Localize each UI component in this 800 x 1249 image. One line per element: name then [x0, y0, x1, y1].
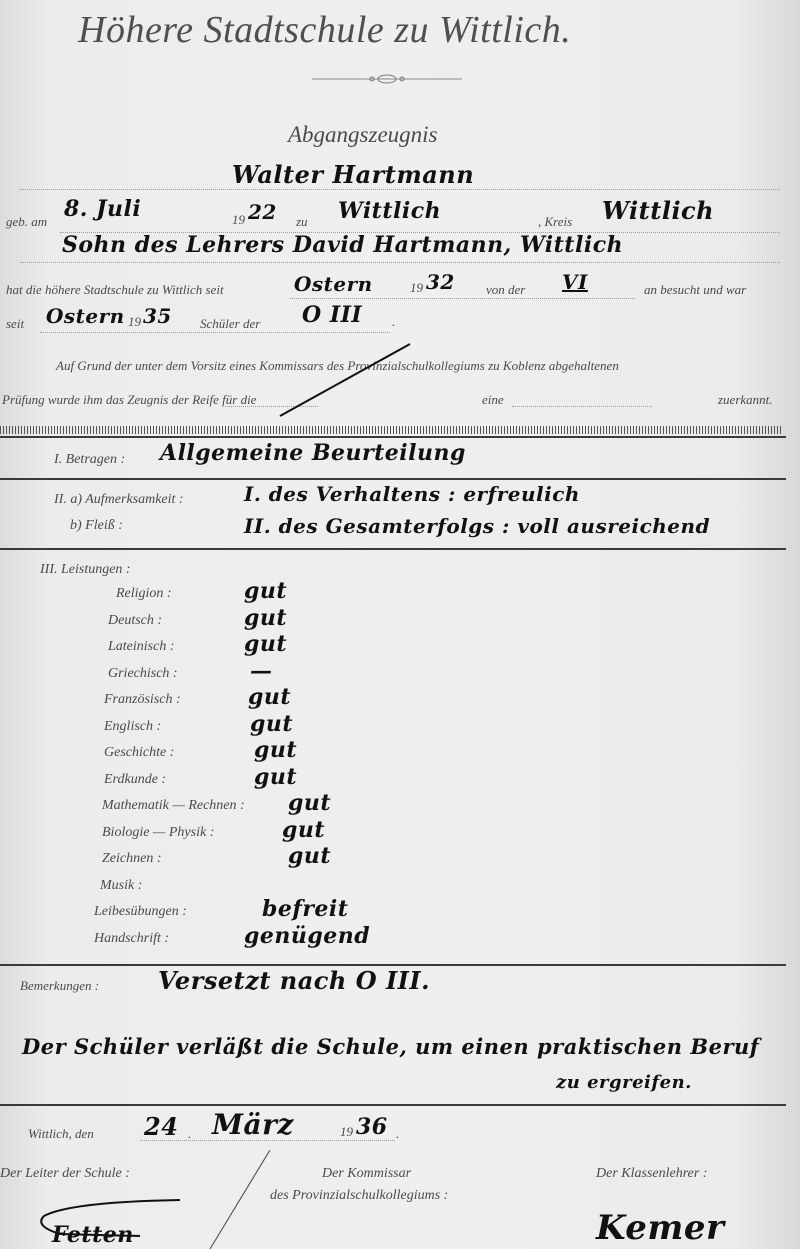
exam-dotline-2 — [512, 406, 652, 407]
commissioner-label-1: Der Kommissar — [322, 1166, 411, 1182]
birth-day-month: 8. Juli — [64, 196, 141, 222]
exam-line2-suffix: zuerkannt. — [718, 392, 773, 408]
performance-heading: III. Leistungen : — [40, 562, 131, 578]
subject-grade: gut — [288, 843, 331, 869]
birth-place-prefix: zu — [296, 214, 308, 230]
director-signature: Fetten — [52, 1222, 134, 1248]
subject-grade: gut — [244, 605, 287, 631]
district: Wittlich — [602, 196, 714, 225]
birth-place: Wittlich — [338, 198, 441, 224]
exam-strikethrough-icon — [270, 340, 420, 420]
subject-name: Handschrift : — [94, 931, 169, 947]
birth-year: 22 — [248, 200, 277, 224]
certificate-page: Höhere Stadtschule zu Wittlich. Abgangsz… — [0, 0, 800, 1249]
subject-name: Zeichnen : — [102, 851, 161, 867]
subject-grade: gut — [244, 578, 287, 604]
subject-grade: gut — [254, 764, 297, 790]
subject-name: Erdkunde : — [104, 772, 166, 788]
date-dotline — [140, 1140, 395, 1141]
date-period: . — [396, 1126, 399, 1142]
subject-name: Griechisch : — [108, 666, 178, 682]
subject-name: Geschichte : — [104, 745, 174, 761]
student-of-prefix: Schüler der — [200, 316, 260, 332]
attendance-dotline-1 — [290, 298, 635, 299]
date-day: 24 — [144, 1112, 178, 1141]
subject-grade: gut — [248, 684, 291, 710]
document-type: Abgangszeugnis — [288, 122, 438, 148]
current-term: Ostern — [46, 304, 125, 328]
conduct-rule-2 — [0, 548, 786, 550]
remarks-label: Bemerkungen : — [20, 978, 99, 994]
attendance-dotline-2 — [40, 332, 390, 333]
aufmerksamkeit-label: II. a) Aufmerksamkeit : — [54, 492, 184, 508]
subject-name: Lateinisch : — [108, 639, 175, 655]
since-term: Ostern — [294, 272, 373, 296]
date-year: 36 — [356, 1114, 388, 1140]
subject-name: Biologie — Physik : — [102, 825, 214, 841]
attendance-line1-prefix: hat die höhere Stadtschule zu Wittlich s… — [6, 282, 224, 298]
conduct-rule-1 — [0, 478, 786, 480]
attendance-line1-suffix: an besucht und war — [644, 282, 746, 298]
from-class-prefix: von der — [486, 282, 525, 298]
date-year-prefix: 19 — [340, 1124, 353, 1140]
date-place-prefix: Wittlich, den — [28, 1126, 94, 1142]
subject-grade: — — [250, 658, 273, 684]
subject-name: Leibesübungen : — [94, 904, 187, 920]
commissioner-label-2: des Provinzialschulkollegiums : — [270, 1188, 448, 1204]
school-title: Höhere Stadtschule zu Wittlich. — [78, 8, 571, 52]
birth-prefix: geb. am — [6, 214, 47, 230]
fleiss-label: b) Fleiß : — [70, 518, 123, 534]
class-teacher-signature: Kemer — [596, 1208, 724, 1248]
subject-grade: gut — [250, 711, 293, 737]
subject-name: Französisch : — [104, 692, 181, 708]
current-class: O III — [302, 302, 362, 328]
subject-grade: befreit — [262, 896, 348, 922]
current-year: 35 — [143, 304, 172, 328]
since-year-prefix: 19 — [410, 280, 423, 296]
subject-name: Deutsch : — [108, 613, 162, 629]
subject-grade: gut — [282, 817, 325, 843]
attendance-period: . — [392, 314, 395, 330]
director-label: Der Leiter der Schule : — [0, 1166, 130, 1182]
subject-name: Mathematik — Rechnen : — [102, 798, 245, 814]
subject-grade: gut — [254, 737, 297, 763]
remarks-line3: zu ergreifen. — [556, 1072, 692, 1093]
betragen-label: I. Betragen : — [54, 452, 125, 468]
subject-name: Musik : — [100, 878, 142, 894]
student-name: Walter Hartmann — [232, 160, 474, 189]
remarks-line2: Der Schüler verläßt die Schule, um einen… — [22, 1034, 759, 1059]
remarks-rule — [0, 1104, 786, 1106]
attendance-line2-prefix: seit — [6, 316, 24, 332]
subject-grade: genügend — [244, 923, 370, 949]
betragen-value: Allgemeine Beurteilung — [160, 440, 466, 466]
subject-grade: gut — [288, 790, 331, 816]
fleiss-value: II. des Gesamterfolgs : voll ausreichend — [244, 514, 710, 538]
exam-line2-middle: eine — [482, 392, 504, 408]
subject-name: Religion : — [116, 586, 172, 602]
date-month: März — [212, 1108, 294, 1141]
parent-line: Sohn des Lehrers David Hartmann, Wittlic… — [62, 232, 623, 258]
divider-rule — [0, 436, 786, 438]
ornament-divider-icon — [312, 74, 462, 84]
exam-line2-prefix: Prüfung wurde ihm das Zeugnis der Reife … — [2, 392, 256, 408]
birth-year-prefix: 19 — [232, 212, 245, 228]
parent-dotline — [20, 262, 780, 263]
current-year-prefix: 19 — [128, 314, 141, 330]
subject-name: Englisch : — [104, 719, 161, 735]
subject-grade: gut — [244, 631, 287, 657]
name-line — [20, 189, 780, 190]
from-class: VI — [562, 270, 588, 294]
district-prefix: , Kreis — [538, 214, 572, 230]
aufmerksamkeit-value: I. des Verhaltens : erfreulich — [244, 482, 580, 506]
class-teacher-label: Der Klassenlehrer : — [596, 1166, 707, 1182]
commissioner-strikethrough-icon — [200, 1150, 280, 1249]
remarks-line1: Versetzt nach O III. — [158, 966, 430, 995]
since-year: 32 — [426, 270, 455, 294]
hatched-divider — [0, 426, 782, 434]
